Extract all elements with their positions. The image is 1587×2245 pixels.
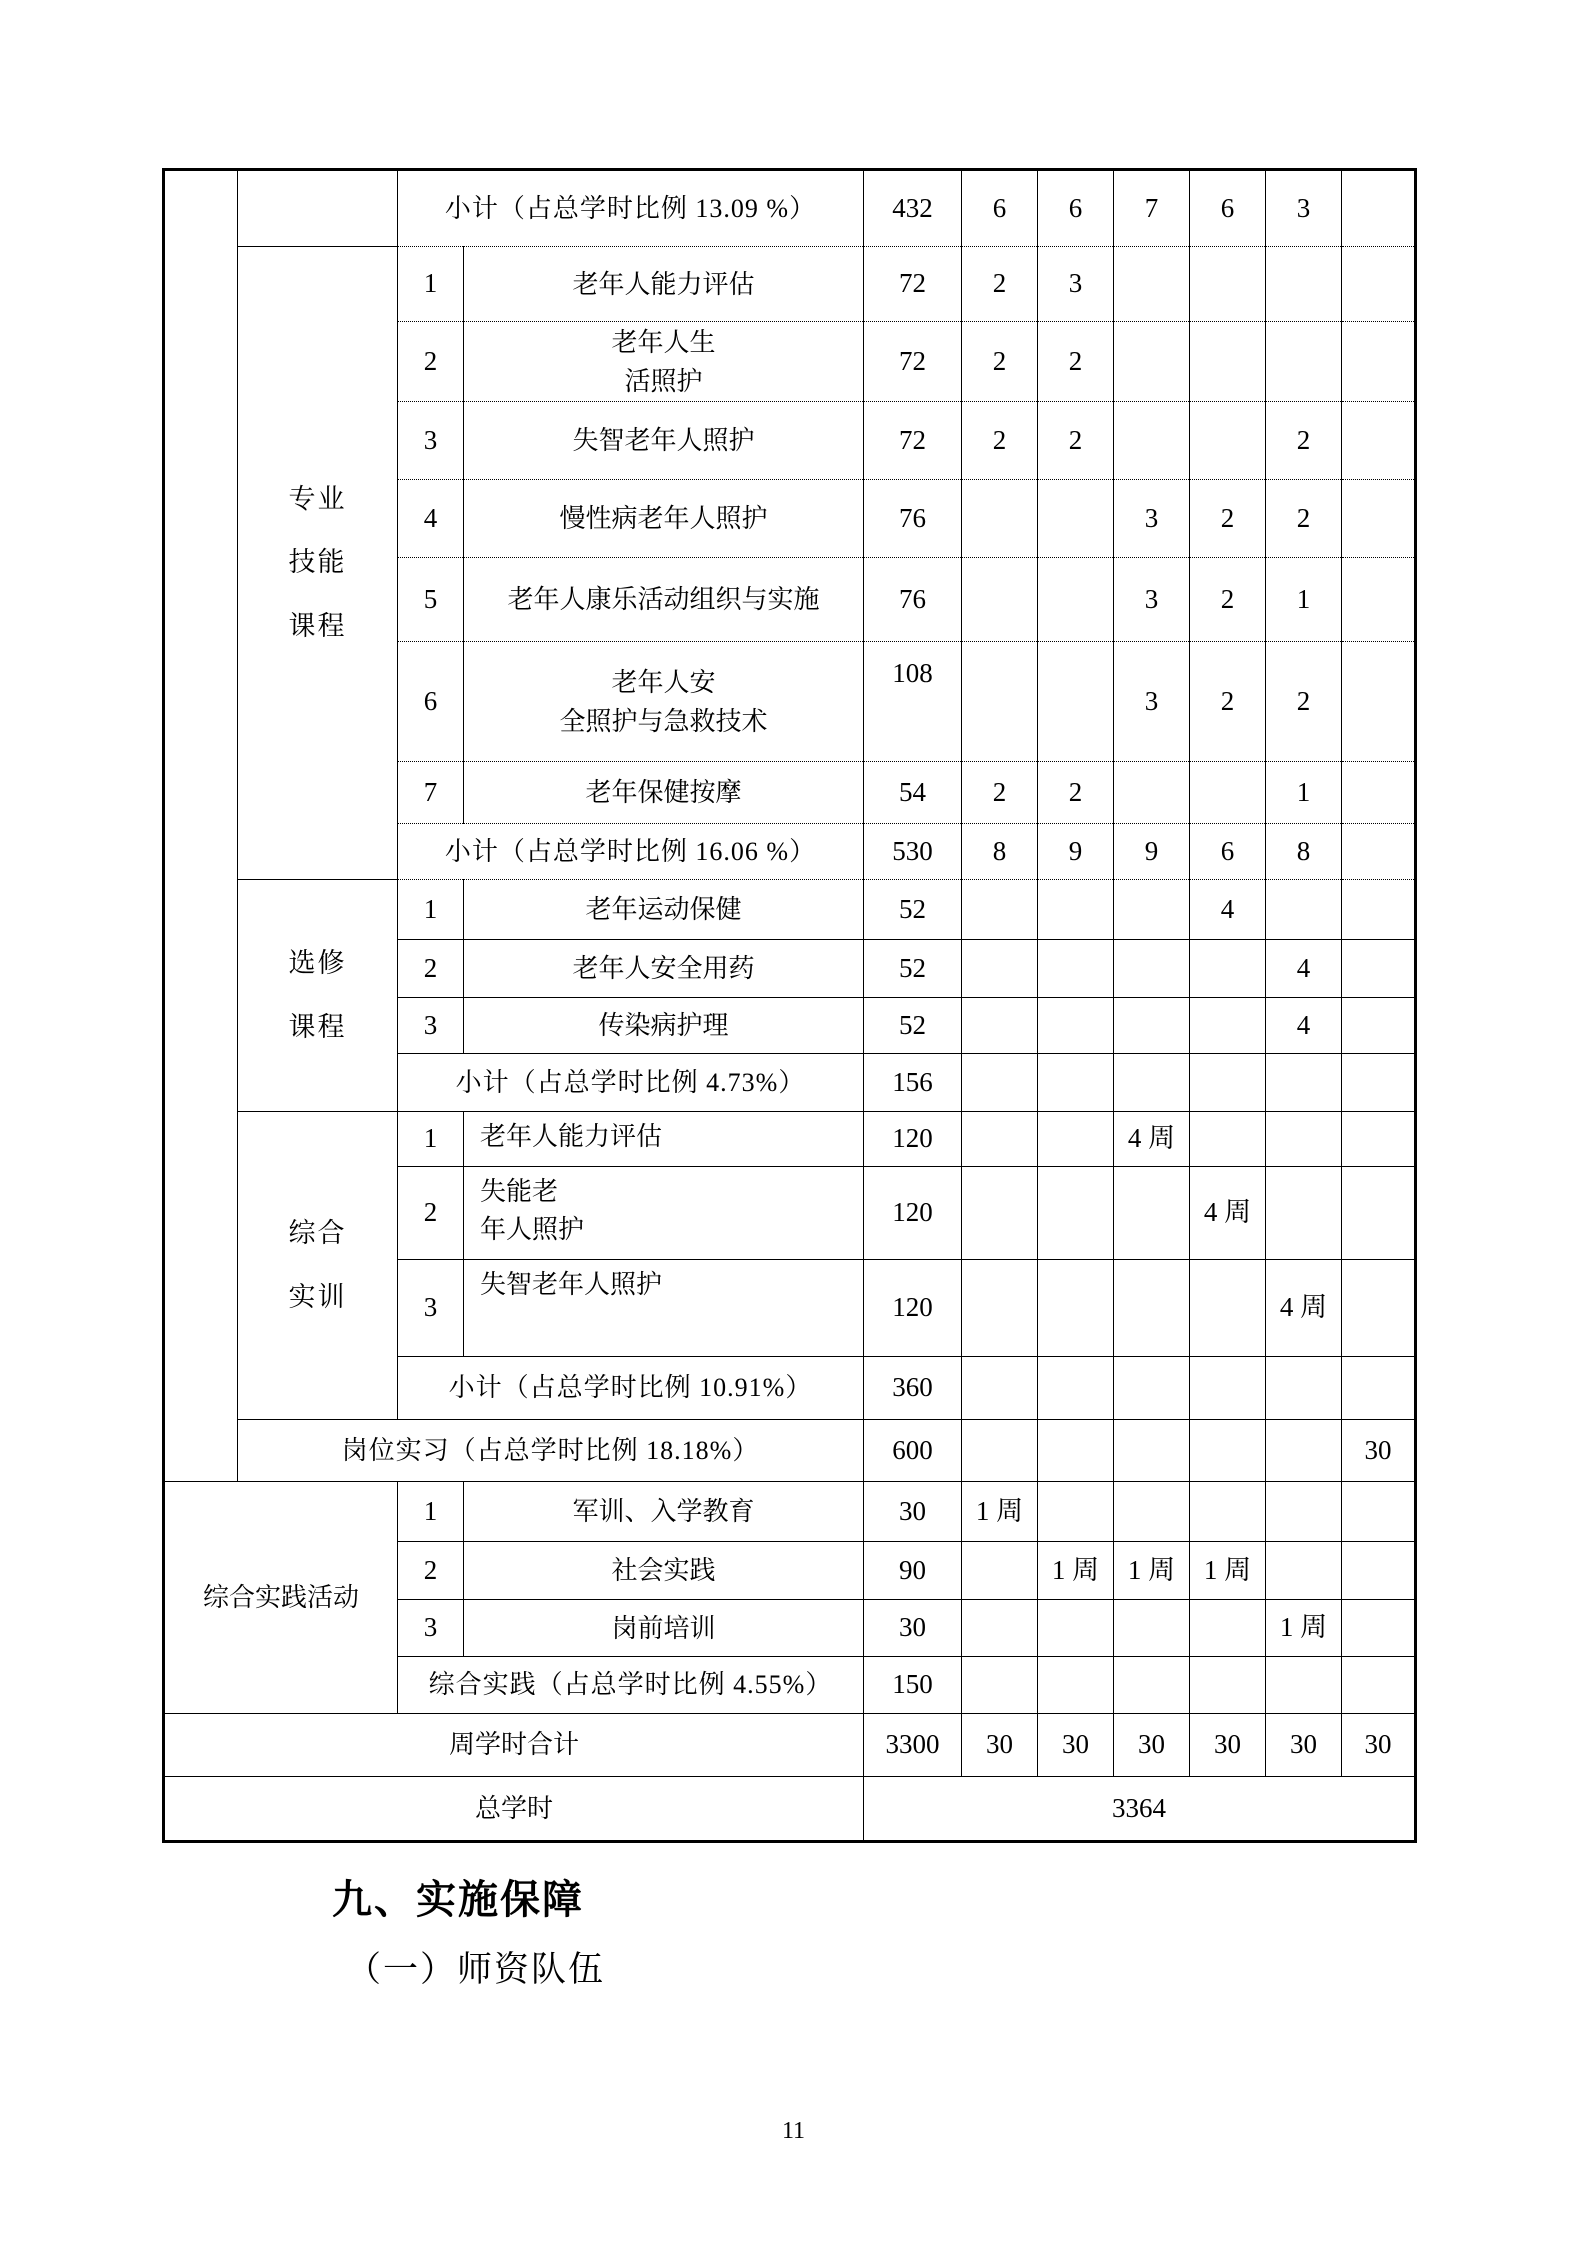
sem-4: 6 xyxy=(1190,170,1266,247)
seq: 1 xyxy=(398,1112,464,1167)
sem-6 xyxy=(1342,247,1416,322)
sem-6 xyxy=(1342,998,1416,1054)
sem-2 xyxy=(1038,642,1114,762)
grand-total-label: 总学时 xyxy=(164,1777,864,1842)
total-hours: 90 xyxy=(864,1542,962,1600)
subtotal-label: 小计（占总学时比例 16.06 %） xyxy=(398,824,864,880)
sem-6 xyxy=(1342,642,1416,762)
sem-6 xyxy=(1342,1260,1416,1357)
seq: 2 xyxy=(398,322,464,402)
section-label-elective: 选修 课程 xyxy=(238,880,398,1112)
sem-5: 8 xyxy=(1266,824,1342,880)
seq: 1 xyxy=(398,1482,464,1542)
category-spacer-cell xyxy=(238,170,398,247)
sem-2: 3 xyxy=(1038,247,1114,322)
table-row: 综合 实训 1 老年人能力评估 120 4 周 xyxy=(164,1112,1416,1167)
course-name: 失智老年人照护 xyxy=(464,1260,864,1357)
sem-2 xyxy=(1038,1167,1114,1260)
sem-6 xyxy=(1342,322,1416,402)
seq: 5 xyxy=(398,558,464,642)
sem-3: 30 xyxy=(1114,1714,1190,1777)
sem-5: 4 xyxy=(1266,940,1342,998)
sem-5 xyxy=(1266,1482,1342,1542)
table-row: 选修 课程 1 老年运动保健 52 4 xyxy=(164,880,1416,940)
sem-1 xyxy=(962,1357,1038,1420)
sem-4: 4 xyxy=(1190,880,1266,940)
course-name: 老年保健按摩 xyxy=(464,762,864,824)
sem-5 xyxy=(1266,1054,1342,1112)
sem-5 xyxy=(1266,1167,1342,1260)
sem-6 xyxy=(1342,940,1416,998)
total-hours: 530 xyxy=(864,824,962,880)
seq: 3 xyxy=(398,1600,464,1657)
sem-4 xyxy=(1190,998,1266,1054)
sem-4 xyxy=(1190,322,1266,402)
total-hours: 52 xyxy=(864,940,962,998)
sem-5: 1 xyxy=(1266,558,1342,642)
seq: 1 xyxy=(398,247,464,322)
sem-1: 2 xyxy=(962,322,1038,402)
sem-1: 1 周 xyxy=(962,1482,1038,1542)
table-row: 总学时 3364 xyxy=(164,1777,1416,1842)
sem-1: 30 xyxy=(962,1714,1038,1777)
total-hours: 120 xyxy=(864,1260,962,1357)
sem-5: 2 xyxy=(1266,402,1342,480)
seq: 4 xyxy=(398,480,464,558)
sem-1 xyxy=(962,642,1038,762)
sem-6 xyxy=(1342,480,1416,558)
sem-5 xyxy=(1266,322,1342,402)
course-name: 传染病护理 xyxy=(464,998,864,1054)
total-hours: 30 xyxy=(864,1482,962,1542)
sem-1 xyxy=(962,880,1038,940)
sem-2 xyxy=(1038,1357,1114,1420)
sem-5 xyxy=(1266,1112,1342,1167)
sem-2: 2 xyxy=(1038,402,1114,480)
sem-6: 30 xyxy=(1342,1420,1416,1482)
table-row: 综合实践活动 1 军训、入学教育 30 1 周 xyxy=(164,1482,1416,1542)
sem-4 xyxy=(1190,1420,1266,1482)
sem-2 xyxy=(1038,1657,1114,1714)
grand-total-value: 3364 xyxy=(864,1777,1416,1842)
sem-5 xyxy=(1266,247,1342,322)
sem-6 xyxy=(1342,880,1416,940)
total-hours: 360 xyxy=(864,1357,962,1420)
sem-2: 1 周 xyxy=(1038,1542,1114,1600)
sem-3 xyxy=(1114,322,1190,402)
weekly-total-label: 周学时合计 xyxy=(164,1714,864,1777)
sem-6 xyxy=(1342,1657,1416,1714)
sem-4 xyxy=(1190,1657,1266,1714)
sem-6 xyxy=(1342,1542,1416,1600)
sem-2 xyxy=(1038,480,1114,558)
sem-4: 6 xyxy=(1190,824,1266,880)
sem-3 xyxy=(1114,1420,1190,1482)
sem-4 xyxy=(1190,1112,1266,1167)
sem-6 xyxy=(1342,1167,1416,1260)
total-hours: 52 xyxy=(864,880,962,940)
sem-5 xyxy=(1266,880,1342,940)
total-hours: 72 xyxy=(864,402,962,480)
total-hours: 120 xyxy=(864,1112,962,1167)
course-name: 老年人生 活照护 xyxy=(464,322,864,402)
sem-5: 2 xyxy=(1266,642,1342,762)
sem-3: 9 xyxy=(1114,824,1190,880)
total-hours: 150 xyxy=(864,1657,962,1714)
sem-2: 30 xyxy=(1038,1714,1114,1777)
sem-1 xyxy=(962,1167,1038,1260)
section-label-training: 综合 实训 xyxy=(238,1112,398,1420)
total-hours: 108 xyxy=(864,642,962,762)
sem-3 xyxy=(1114,402,1190,480)
course-name: 失智老年人照护 xyxy=(464,402,864,480)
sem-4 xyxy=(1190,1600,1266,1657)
sem-5: 2 xyxy=(1266,480,1342,558)
course-name: 老年人康乐活动组织与实施 xyxy=(464,558,864,642)
sem-3 xyxy=(1114,762,1190,824)
sem-2 xyxy=(1038,1054,1114,1112)
course-name: 老年人安 全照护与急救技术 xyxy=(464,642,864,762)
sem-2: 2 xyxy=(1038,762,1114,824)
sem-4: 2 xyxy=(1190,558,1266,642)
category-spacer-cell xyxy=(164,170,238,1482)
sem-3: 3 xyxy=(1114,642,1190,762)
internship-label: 岗位实习（占总学时比例 18.18%） xyxy=(238,1420,864,1482)
sem-4: 2 xyxy=(1190,642,1266,762)
sem-3: 4 周 xyxy=(1114,1112,1190,1167)
sem-2 xyxy=(1038,880,1114,940)
subtotal-label: 小计（占总学时比例 4.73%） xyxy=(398,1054,864,1112)
sem-1: 2 xyxy=(962,762,1038,824)
sem-3 xyxy=(1114,880,1190,940)
total-hours: 3300 xyxy=(864,1714,962,1777)
sem-1: 8 xyxy=(962,824,1038,880)
sem-3 xyxy=(1114,247,1190,322)
sem-6 xyxy=(1342,558,1416,642)
course-name: 社会实践 xyxy=(464,1542,864,1600)
sem-3 xyxy=(1114,1260,1190,1357)
sem-5 xyxy=(1266,1357,1342,1420)
sem-6 xyxy=(1342,762,1416,824)
course-name: 岗前培训 xyxy=(464,1600,864,1657)
sem-2 xyxy=(1038,558,1114,642)
sem-4: 1 周 xyxy=(1190,1542,1266,1600)
table-row: 专业 技能 课程 1 老年人能力评估 72 2 3 xyxy=(164,247,1416,322)
document-page: 小计（占总学时比例 13.09 %） 432 6 6 7 6 3 专业 技能 课… xyxy=(0,0,1587,2245)
sem-3 xyxy=(1114,1167,1190,1260)
subtotal-label: 小计（占总学时比例 10.91%） xyxy=(398,1357,864,1420)
sem-3 xyxy=(1114,1054,1190,1112)
total-hours: 72 xyxy=(864,247,962,322)
sem-1: 2 xyxy=(962,247,1038,322)
sem-2: 6 xyxy=(1038,170,1114,247)
total-hours: 72 xyxy=(864,322,962,402)
sem-2: 9 xyxy=(1038,824,1114,880)
sem-4 xyxy=(1190,940,1266,998)
sem-3 xyxy=(1114,1482,1190,1542)
sem-6 xyxy=(1342,1357,1416,1420)
subtotal-label: 小计（占总学时比例 13.09 %） xyxy=(398,170,864,247)
total-hours: 432 xyxy=(864,170,962,247)
sem-6 xyxy=(1342,824,1416,880)
sem-3 xyxy=(1114,1600,1190,1657)
sem-4 xyxy=(1190,247,1266,322)
table-row: 小计（占总学时比例 13.09 %） 432 6 6 7 6 3 xyxy=(164,170,1416,247)
table-row: 岗位实习（占总学时比例 18.18%） 600 30 xyxy=(164,1420,1416,1482)
sem-1 xyxy=(962,1260,1038,1357)
sem-4 xyxy=(1190,1357,1266,1420)
total-hours: 156 xyxy=(864,1054,962,1112)
sem-5 xyxy=(1266,1657,1342,1714)
sem-2: 2 xyxy=(1038,322,1114,402)
sem-6 xyxy=(1342,1482,1416,1542)
sem-6 xyxy=(1342,170,1416,247)
section-heading: 九、实施保障 xyxy=(332,1868,584,1925)
course-name: 老年人能力评估 xyxy=(464,1112,864,1167)
sem-2 xyxy=(1038,1482,1114,1542)
course-name: 老年人能力评估 xyxy=(464,247,864,322)
total-hours: 120 xyxy=(864,1167,962,1260)
sem-5 xyxy=(1266,1420,1342,1482)
sem-3 xyxy=(1114,1657,1190,1714)
page-number: 11 xyxy=(0,2118,1587,2145)
sem-5: 4 xyxy=(1266,998,1342,1054)
sem-3: 3 xyxy=(1114,558,1190,642)
table-row: 周学时合计 3300 30 30 30 30 30 30 xyxy=(164,1714,1416,1777)
sem-4: 2 xyxy=(1190,480,1266,558)
section-label-skill: 专业 技能 课程 xyxy=(238,247,398,880)
sem-1 xyxy=(962,1600,1038,1657)
sem-4 xyxy=(1190,1482,1266,1542)
seq: 2 xyxy=(398,1167,464,1260)
subsection-heading: （一）师资队伍 xyxy=(346,1942,605,1992)
sem-2 xyxy=(1038,1600,1114,1657)
total-hours: 600 xyxy=(864,1420,962,1482)
sem-5: 1 xyxy=(1266,762,1342,824)
sem-5: 1 周 xyxy=(1266,1600,1342,1657)
seq: 2 xyxy=(398,1542,464,1600)
total-hours: 54 xyxy=(864,762,962,824)
sem-6: 30 xyxy=(1342,1714,1416,1777)
sem-1 xyxy=(962,1112,1038,1167)
sem-4 xyxy=(1190,402,1266,480)
seq: 3 xyxy=(398,402,464,480)
sem-2 xyxy=(1038,940,1114,998)
sem-2 xyxy=(1038,1260,1114,1357)
seq: 7 xyxy=(398,762,464,824)
section-label-practice: 综合实践活动 xyxy=(164,1482,398,1714)
sem-6 xyxy=(1342,1600,1416,1657)
total-hours: 76 xyxy=(864,480,962,558)
sem-4: 30 xyxy=(1190,1714,1266,1777)
course-name: 军训、入学教育 xyxy=(464,1482,864,1542)
subtotal-label: 综合实践（占总学时比例 4.55%） xyxy=(398,1657,864,1714)
sem-1 xyxy=(962,480,1038,558)
sem-6 xyxy=(1342,1112,1416,1167)
sem-4 xyxy=(1190,762,1266,824)
seq: 3 xyxy=(398,1260,464,1357)
sem-1 xyxy=(962,1542,1038,1600)
sem-3: 3 xyxy=(1114,480,1190,558)
seq: 6 xyxy=(398,642,464,762)
course-name: 慢性病老年人照护 xyxy=(464,480,864,558)
sem-1: 6 xyxy=(962,170,1038,247)
sem-6 xyxy=(1342,1054,1416,1112)
sem-3 xyxy=(1114,1357,1190,1420)
total-hours: 30 xyxy=(864,1600,962,1657)
sem-1 xyxy=(962,998,1038,1054)
sem-1 xyxy=(962,1054,1038,1112)
seq: 2 xyxy=(398,940,464,998)
sem-5: 4 周 xyxy=(1266,1260,1342,1357)
sem-3 xyxy=(1114,998,1190,1054)
sem-4 xyxy=(1190,1054,1266,1112)
course-name: 失能老 年人照护 xyxy=(464,1167,864,1260)
seq: 1 xyxy=(398,880,464,940)
sem-3: 7 xyxy=(1114,170,1190,247)
sem-3 xyxy=(1114,940,1190,998)
sem-2 xyxy=(1038,998,1114,1054)
sem-5: 30 xyxy=(1266,1714,1342,1777)
course-name: 老年运动保健 xyxy=(464,880,864,940)
curriculum-table: 小计（占总学时比例 13.09 %） 432 6 6 7 6 3 专业 技能 课… xyxy=(162,168,1417,1843)
course-name: 老年人安全用药 xyxy=(464,940,864,998)
sem-2 xyxy=(1038,1420,1114,1482)
sem-1: 2 xyxy=(962,402,1038,480)
total-hours: 76 xyxy=(864,558,962,642)
seq: 3 xyxy=(398,998,464,1054)
sem-1 xyxy=(962,1420,1038,1482)
sem-4 xyxy=(1190,1260,1266,1357)
sem-1 xyxy=(962,1657,1038,1714)
total-hours: 52 xyxy=(864,998,962,1054)
sem-1 xyxy=(962,940,1038,998)
sem-5: 3 xyxy=(1266,170,1342,247)
sem-3: 1 周 xyxy=(1114,1542,1190,1600)
sem-6 xyxy=(1342,402,1416,480)
sem-2 xyxy=(1038,1112,1114,1167)
sem-1 xyxy=(962,558,1038,642)
sem-4: 4 周 xyxy=(1190,1167,1266,1260)
sem-5 xyxy=(1266,1542,1342,1600)
